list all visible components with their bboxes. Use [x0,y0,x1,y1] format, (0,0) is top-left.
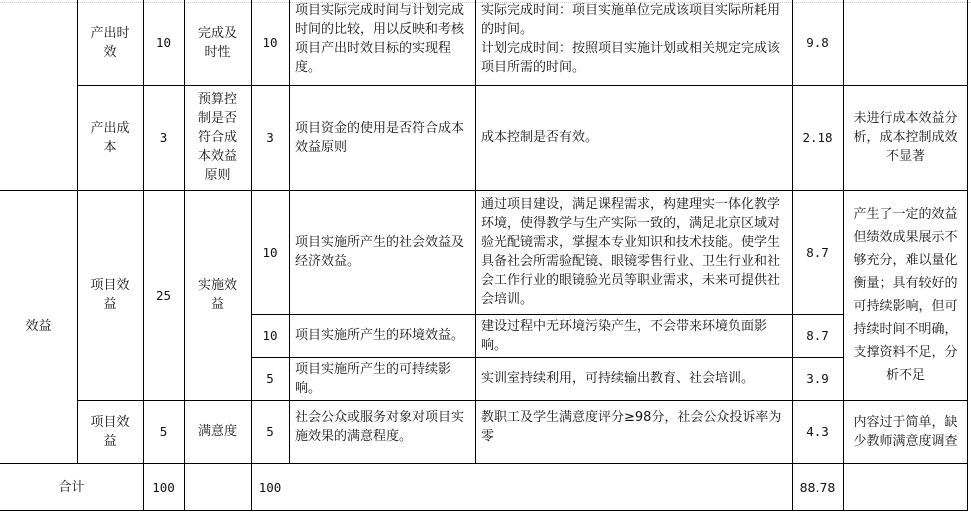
text: 项目实际完成时间与计划完成时间的比较，用以反映和考核项目产出时效目标的实现程度。 [295,1,471,77]
cell-tertiary-indicator: 实施效益 [184,190,251,400]
cell-secondary-weight: 25 [143,190,184,400]
cell-tertiary-weight: 3 [251,85,289,190]
cell-tertiary-weight: 10 [251,190,289,314]
cell-score: 2.18 [792,85,843,190]
text: 实训室持续利用，可持续输出教育、社会培训。 [481,369,754,388]
cell-description: 社会公众或服务对象对项目实施效果的满意程度。 [289,400,475,463]
cell-total-label: 合计 [0,463,143,511]
criteria-line: 计划完成时间：按照项目实施计划或相关规定完成该项目所需的时间。 [481,39,788,77]
cell-total-score: 88.78 [792,463,843,511]
text: 88.78 [800,478,836,497]
text: 教职工及学生满意度评分≥98分，社会公众投诉率为零 [481,408,788,446]
table-rule [143,0,144,511]
cell-score: 8.7 [792,190,843,314]
text: 成本控制是否有效。 [481,128,598,147]
cell-primary-indicator: 效益 [0,190,77,463]
cell-description: 项目资金的使用是否符合成本效益原则 [289,85,475,190]
text: 通过项目建设，满足课程需求，构建理实一体化教学环境，使得教学与生产实际一致的，满… [481,195,788,309]
cell-score: 4.3 [792,400,843,463]
cell-tertiary-indicator: 满意度 [184,400,251,463]
text: 8.7 [806,326,829,345]
cell-criteria: 建设过程中无环境污染产生，不会带来环境负面影响。 [475,314,792,357]
cell-secondary-indicator: 产出时效 [77,0,143,85]
cell-tertiary-indicator: 完成及时性 [184,0,251,85]
text: 2.18 [802,128,832,147]
text: 项目实施所产生的社会效益及经济效益。 [295,233,471,271]
text: 5 [266,422,274,441]
cell-criteria: 实际完成时间：项目实施单位完成该项目实际所耗用的时间。 计划完成时间：按照项目实… [475,0,792,85]
cell-secondary-weight: 5 [143,400,184,463]
text: 4.3 [806,422,829,441]
text: 内容过于简单，缺少教师满意度调查 [850,413,962,451]
text: 5 [266,369,274,388]
cell-tertiary-weight: 10 [251,0,289,85]
cell-score: 3.9 [792,357,843,400]
criteria-line: 实际完成时间：项目实施单位完成该项目实际所耗用的时间。 [481,1,788,39]
text: 25 [156,286,171,305]
cell-tertiary-weight: 10 [251,314,289,357]
cell-empty [184,463,251,511]
text: 项目效益 [90,413,130,451]
cell-criteria: 教职工及学生满意度评分≥98分，社会公众投诉率为零 [475,400,792,463]
cell-description: 项目实施所产生的社会效益及经济效益。 [289,190,475,314]
text: 满意度 [198,422,237,441]
cell-secondary-weight: 10 [143,0,184,85]
cell-criteria: 通过项目建设，满足课程需求，构建理实一体化教学环境，使得教学与生产实际一致的，满… [475,190,792,314]
text: 3 [160,128,168,147]
text: 未进行成本效益分析，成本控制成效不显著 [851,109,961,166]
text: 10 [156,33,171,52]
cell-criteria: 实训室持续利用，可持续输出教育、社会培训。 [475,357,792,400]
text: 8.7 [806,243,829,262]
cell-remark: 未进行成本效益分析，成本控制成效不显著 [843,85,968,190]
cell-description: 项目实施所产生的可持续影响。 [289,357,475,400]
text: 项目实施所产生的环境效益。 [295,326,464,345]
text: 9.8 [806,33,829,52]
cell-description: 项目实际完成时间与计划完成时间的比较，用以反映和考核项目产出时效目标的实现程度。 [289,0,475,85]
text: 100 [152,478,175,497]
text: 合计 [58,478,84,497]
table-rule [0,190,968,191]
text: 项目实施所产生的可持续影响。 [295,360,471,398]
text: 建设过程中无环境污染产生，不会带来环境负面影响。 [481,317,788,355]
text: 实施效益 [196,276,240,314]
table-rule [77,85,968,86]
cell-tertiary-weight: 5 [251,400,289,463]
table-rule [475,0,476,463]
cell-total-secondary-weight: 100 [143,463,184,511]
cell-criteria: 成本控制是否有效。 [475,85,792,190]
text: 10 [262,326,277,345]
cell-secondary-indicator: 项目效益 [77,400,143,463]
cell-empty [843,463,968,511]
text: 5 [160,422,168,441]
table-rule [289,0,290,463]
table-rule [251,314,843,315]
cell-secondary-weight: 3 [143,85,184,190]
cell-tertiary-weight: 5 [251,357,289,400]
table-rule [251,0,252,511]
cell-secondary-indicator: 产出成本 [77,85,143,190]
text: 10 [262,243,277,262]
cell-description: 项目实施所产生的环境效益。 [289,314,475,357]
text: 产出成本 [90,119,130,157]
text: 产生了一定的效益但绩效成果展示不够充分，难以量化衡量；具有较好的可持续影响，但可… [850,203,962,387]
text: 项目效益 [90,276,130,314]
text: 3.9 [806,369,829,388]
text: 3 [266,128,274,147]
table-rule [0,510,968,511]
table-rule [0,463,968,464]
text: 10 [262,33,277,52]
table-rule [843,0,844,511]
text: 产出时效 [90,24,130,62]
table-rule [184,0,185,511]
table-rule [77,400,968,401]
cell-score: 9.8 [792,0,843,85]
cell-remark [843,0,968,85]
text: 预算控制是否符合成本效益原则 [196,90,240,185]
table-rule [77,0,78,463]
table-rule [251,357,843,358]
cell-remark: 产生了一定的效益但绩效成果展示不够充分，难以量化衡量；具有较好的可持续影响，但可… [843,190,968,400]
cell-total-tertiary-weight: 100 [251,463,289,511]
cell-score: 8.7 [792,314,843,357]
cell-empty [289,463,792,511]
text: 完成及时性 [196,24,240,62]
table-rule [967,0,968,511]
text: 100 [259,478,282,497]
cell-remark: 内容过于简单，缺少教师满意度调查 [843,400,968,463]
table-rule [792,0,793,511]
cell-secondary-indicator: 项目效益 [77,190,143,400]
text: 项目资金的使用是否符合成本效益原则 [295,119,471,157]
cell-tertiary-indicator: 预算控制是否符合成本效益原则 [184,85,251,190]
text: 效益 [25,317,51,336]
text: 社会公众或服务对象对项目实施效果的满意程度。 [295,408,471,446]
